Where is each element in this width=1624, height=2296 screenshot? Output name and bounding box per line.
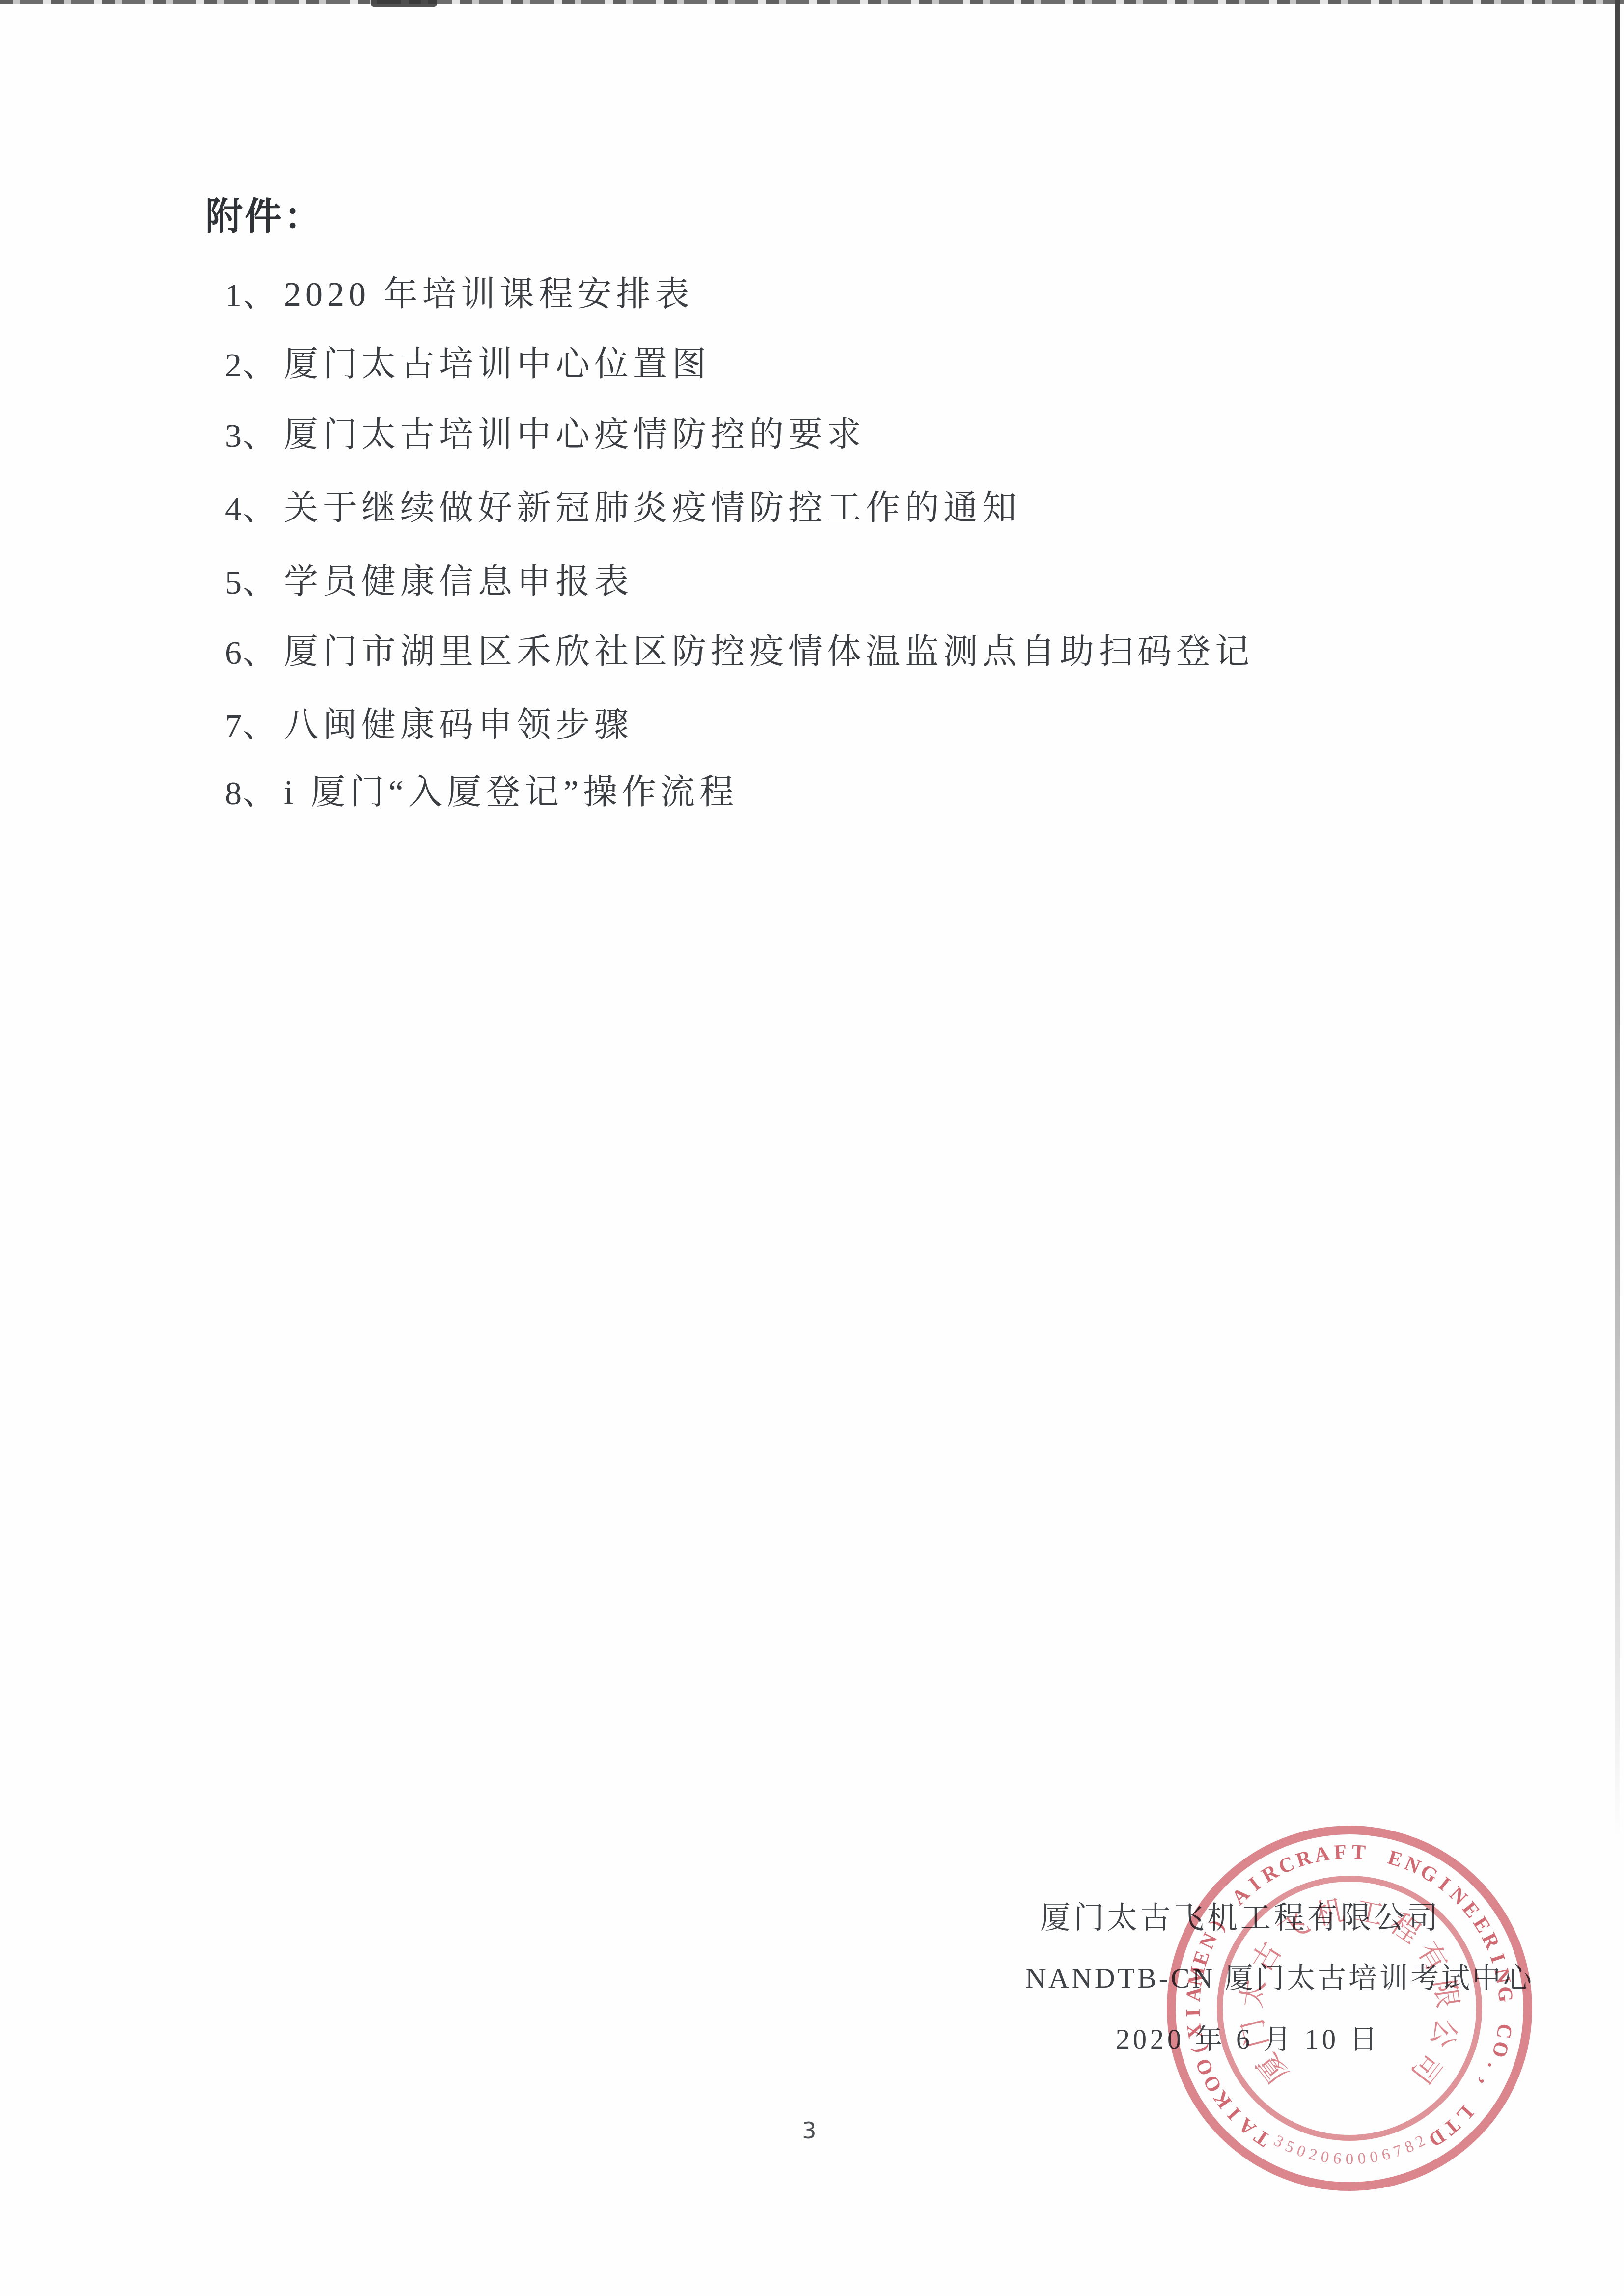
seal-arc-char: 0	[1346, 2152, 1354, 2168]
item-text: i 厦门“入厦登记”操作流程	[284, 774, 738, 812]
seal-arc-char: T	[1351, 1842, 1366, 1863]
item-number: 6、	[225, 634, 277, 671]
item-number: 5、	[225, 564, 277, 601]
company-seal-stamp: TAIKOO(XIAMEN)AIRCRAFTENGINEERINGCO.,LTD…	[1167, 1826, 1532, 2191]
item-number: 7、	[225, 707, 277, 744]
page-number: 3	[795, 2117, 824, 2144]
seal-arc-char: M	[1184, 1965, 1209, 1988]
seal-arc-char: 0	[1357, 2151, 1366, 2167]
seal-arc-char: A	[1183, 1986, 1205, 2003]
item-number: 2、	[225, 346, 277, 383]
attachments-heading: 附件：	[205, 198, 323, 236]
seal-arc-char: 6	[1332, 2151, 1342, 2167]
scan-artifact-right-edge	[1615, 0, 1620, 1915]
seal-arc-char: F	[1333, 1842, 1347, 1863]
item-number: 8、	[225, 774, 277, 812]
seal-arc-char: G	[1494, 1985, 1516, 2003]
item-number: 4、	[225, 490, 277, 527]
item-text: 厦门市湖里区禾欣社区防控疫情体温监测点自助扫码登记	[284, 634, 1254, 671]
seal-arc-char: 限	[1430, 1978, 1462, 2010]
item-number: 1、	[225, 276, 277, 314]
seal-arc-char: 机	[1313, 1896, 1347, 1930]
scan-artifact-top-blob	[371, 0, 437, 7]
seal-arc-char: 工	[1352, 1896, 1386, 1930]
item-number: 3、	[225, 417, 277, 454]
seal-arc-char: I	[1183, 2009, 1204, 2018]
seal-arc-char: 太	[1237, 1978, 1269, 2010]
item-text: 八闽健康码申领步骤	[284, 707, 633, 744]
item-text: 厦门太古培训中心位置图	[284, 346, 711, 383]
item-text: 2020 年培训课程安排表	[284, 276, 694, 314]
document-page: 附件： 1、 2020 年培训课程安排表 2、 厦门太古培训中心位置图 3、 厦…	[0, 0, 1624, 2296]
item-text: 学员健康信息申报表	[284, 564, 633, 601]
item-text: 厦门太古培训中心疫情防控的要求	[284, 417, 866, 454]
seal-arc-char: X	[1184, 2023, 1206, 2040]
item-text: 关于继续做好新冠肺炎疫情防控工作的通知	[284, 490, 1021, 527]
scan-artifact-top-edge	[0, 0, 1624, 4]
seal-arc-char: C	[1493, 2023, 1515, 2040]
